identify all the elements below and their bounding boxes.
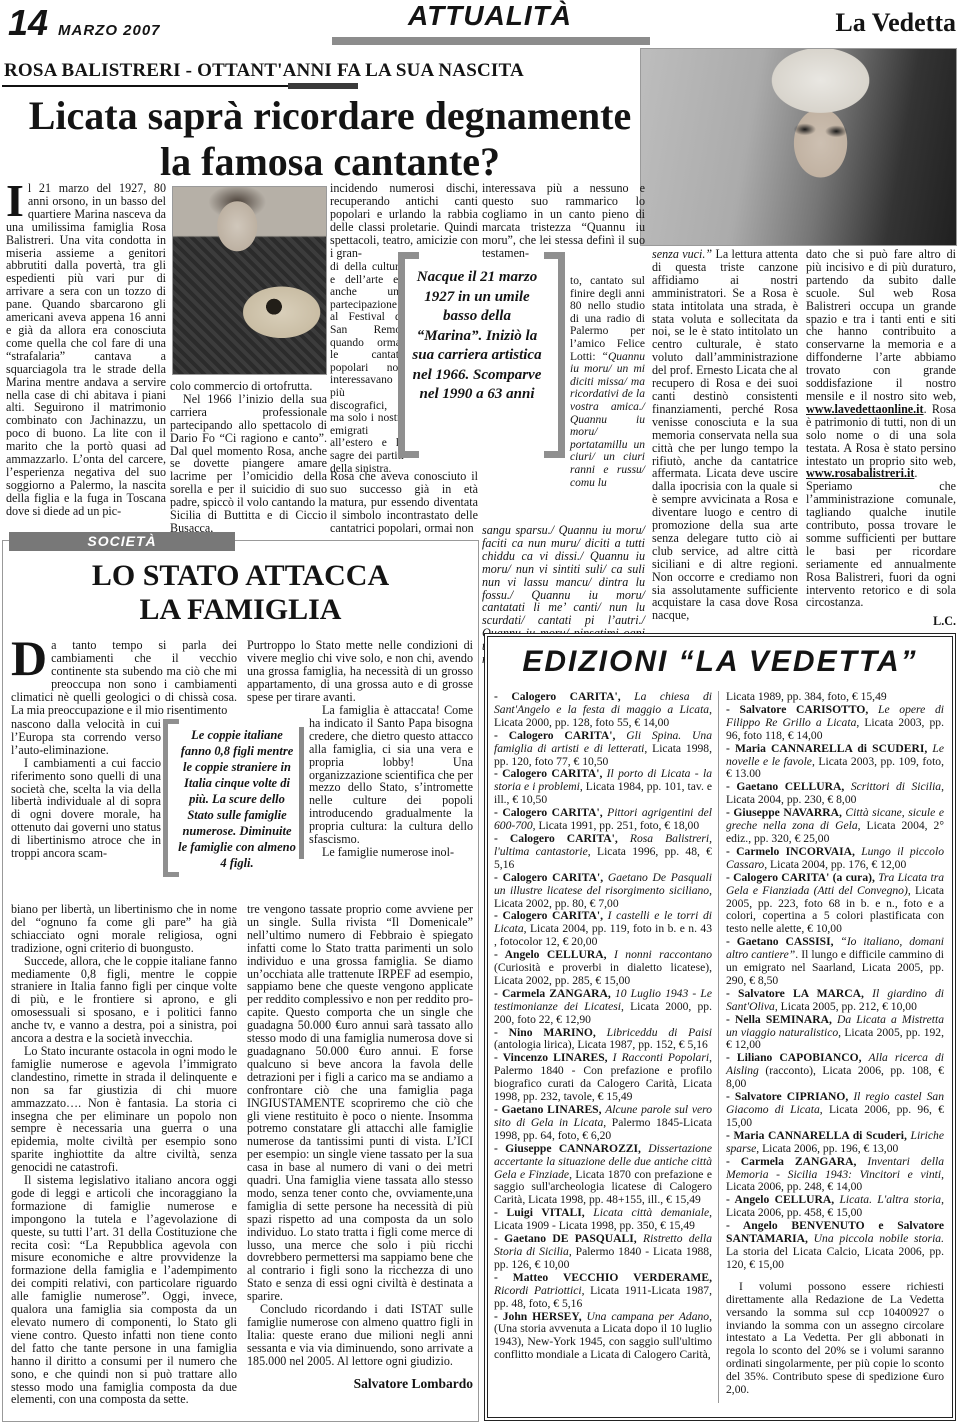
edizioni-book-list-left: - Calogero CARITA', La chiesa di Sant'An… [494, 691, 712, 1362]
section-underline-bar [332, 37, 650, 45]
book-entry: - Calogero CARITA', Gaetano De Pasquali … [494, 872, 712, 911]
book-entry: - Giuseppe CANNAROZZI, Dissertazione acc… [494, 1143, 712, 1208]
book-entry: - Nino MARINO, Libriceddu di Paisi (anto… [494, 1027, 712, 1053]
pullquote-bracket-right [544, 252, 565, 458]
rosa-col6-t3: . Speriamo che l’amministrazione comunal… [806, 466, 956, 609]
book-entry: - John HERSEY, Una campana per Adano, (U… [494, 1311, 712, 1363]
rosa-column-1: Il 21 marzo del 1927, 80 anni orsono, in… [6, 182, 166, 518]
edizioni-book-list-right: - Salvatore CARISOTTO, Le opere di Filip… [726, 704, 944, 1272]
masthead-date: MARZO 2007 [58, 22, 161, 39]
photo-rosa-guitar [172, 186, 327, 375]
societa-b2-p2: Le famiglie numerose inol- [309, 846, 473, 859]
book-entry: - Calogero CARITA', La chiesa di Sant'An… [494, 691, 712, 730]
societa-colA-3: biano per libertà, un libertinismo che i… [11, 903, 237, 1406]
page-number: 14 [8, 2, 48, 44]
rosa-col5-text: La lettura attenta di questa triste canz… [652, 247, 798, 622]
article-headline-line2: la famosa cantante? [0, 138, 660, 185]
rosa-col4b-intro: to, cantato sul finire degli anni 80 nel… [570, 275, 645, 363]
kicker-underline-thick [288, 83, 358, 89]
book-entry: - Gaetano CASSISI, “Io italiano, domani … [726, 936, 944, 988]
book-entry: - Luigi VITALI, Licata città demaniale, … [494, 1207, 712, 1233]
edizioni-right-column: Licata 1989, pp. 384, foto, € 15,49 - Sa… [726, 691, 944, 1397]
societa-headline-line1: LO STATO ATTACCA [3, 559, 478, 593]
societa-a3-p3: Lo Stato incurante ostacola in ogni modo… [11, 1045, 237, 1174]
rosa-byline: L.C. [806, 615, 956, 628]
edizioni-order-info: I volumi possono essere richiesti dirett… [726, 1281, 944, 1397]
societa-section-bar: SOCIETÀ [9, 532, 235, 551]
article-headline-line1: Licata saprà ricordare degnamente [0, 92, 660, 139]
pullquote-societa: Le coppie italiane fanno 0,8 figli mentr… [177, 727, 297, 871]
societa-a3-p2: Succede, allora, che le coppie italiane … [11, 955, 237, 1045]
link-lavedettaonline[interactable]: www.lavedettaonline.it [806, 402, 924, 416]
rosa-col6-t1: dato che si può fare altro di più incisi… [806, 247, 956, 403]
rosa-column-4b: to, cantato sul finire degli anni 80 nel… [570, 275, 645, 489]
book-entry: - Giuseppe NAVARRA, Città sicane, sicule… [726, 807, 944, 846]
societa-colB-2: La famiglia è attaccata! Come ha indicat… [309, 704, 473, 859]
book-entry: - Calogero CARITA', Gli Spina. Una famig… [494, 730, 712, 769]
pullquote2-bar-right [299, 727, 304, 859]
societa-colA-1: Da tanto tempo si parla dei cambiamenti … [11, 639, 237, 716]
book-entry: - Gaetano CELLURA, Scrittori di Sicilia,… [726, 781, 944, 807]
societa-a3-p1: biano per libertà, un libertinismo che i… [11, 903, 237, 955]
book-entry: - Carmela ZANGARA, Inventari della Memor… [726, 1156, 944, 1195]
edizioni-title: EDIZIONI “LA VEDETTA” [488, 645, 952, 679]
book-entry: - Angelo CELLURA, I nonni raccontano (Cu… [494, 949, 712, 988]
rosa-column-5: senza vuci.” La lettura attenta di quest… [652, 248, 798, 622]
societa-b2-p1: La famiglia è attaccata! Come ha indicat… [309, 704, 473, 846]
rosa-col5-lead: senza vuci.” [652, 247, 712, 261]
link-rosabalistreri[interactable]: www.rosabalistreri.it [806, 466, 914, 480]
societa-a2-p1: nascono dalla velocità in cui l’Europa s… [11, 718, 161, 757]
book-entry: - Angelo BENVENUTO e Salvatore SANTAMARI… [726, 1220, 944, 1272]
book-entry: - Calogero CARITA', Rosa Balistreri, l'u… [494, 833, 712, 872]
book-entry: - Matteo VECCHIO VERDERAME, Ricordi Patr… [494, 1272, 712, 1311]
societa-headline-line2: LA FAMIGLIA [3, 593, 478, 627]
book-entry: - Nella SEMINARA, Da Licata a Mistretta … [726, 1014, 944, 1053]
book-entry: - Calogero CARITA', Pittori agrigentini … [494, 807, 712, 833]
newspaper-page: 14 MARZO 2007 ATTUALITÀ La Vedetta ROSA … [0, 0, 960, 1428]
rosa-column-3b: di della cultura e dell’arte ed anche un… [330, 261, 404, 475]
section-title: ATTUALITÀ [330, 0, 650, 32]
dropcap-I: I [6, 182, 28, 219]
rosa-column-6: dato che si può fare altro di più incisi… [806, 248, 956, 628]
book-entry: - Maria CANNARELLA di Scuderi, Liriche s… [726, 1130, 944, 1156]
rosa-col2-p1: colo commercio di ortofrutta. [170, 380, 327, 393]
book-entry: - Gaetano LINARES, Alcune parole sul ver… [494, 1104, 712, 1143]
rosa-col4b-verse: “Quannu iu moru/ un mi diciti missa/ ma … [570, 351, 645, 489]
book-entry: - Carmelo INCORVAIA, Lungo il piccolo Ca… [726, 846, 944, 872]
dropcap-D: D [11, 639, 51, 678]
book-entry: - Maria CANNARELLA di SCUDERI, Le novell… [726, 743, 944, 782]
rosa-column-3c: Rosa che aveva conosciuto il suo success… [330, 470, 478, 535]
book-entry: - Calogero CARITA', Il porto di Licata -… [494, 768, 712, 807]
societa-a2-p2: I cambiamenti a cui faccio riferimento s… [11, 757, 161, 860]
book-entry: - Calogero CARITA', I castelli e le torr… [494, 910, 712, 949]
book-entry: - Calogero CARITA' (a cura), Tra Licata … [726, 872, 944, 937]
book-entry: - Salvatore CIPRIANO, Il regio castel Sa… [726, 1091, 944, 1130]
book-entry: - Carmela ZANGARA, 10 Luglio 1943 - Le t… [494, 988, 712, 1027]
societa-colA-2: nascono dalla velocità in cui l’Europa s… [11, 718, 161, 860]
rosa-column-4a: interessava più a nessuno e questo suo r… [482, 182, 645, 259]
book-entry: - Angelo CELLURA, Licata. L'altra storia… [726, 1194, 944, 1220]
societa-b3-p1: tre vengono tassate proprio come avviene… [247, 903, 473, 1303]
rosa-col2-p2: Nel 1966 l’inizio della sua carriera pro… [170, 393, 327, 535]
article-kicker: ROSA BALISTRERI - OTTANT'ANNI FA LA SUA … [4, 60, 524, 82]
societa-a3-p4: Il sistema legislativo italiano ancora o… [11, 1174, 237, 1406]
paper-name: La Vedetta [756, 8, 956, 38]
edizioni-box: EDIZIONI “LA VEDETTA” - Calogero CARITA'… [484, 633, 956, 1421]
societa-section-label: SOCIETÀ [87, 533, 156, 549]
book-entry: - Vincenzo LINARES, I Racconti Popolari,… [494, 1052, 712, 1104]
photo-rosa-portrait-hat [640, 48, 957, 246]
rosa-column-3a: incidendo numerosi dischi, recuperando a… [330, 182, 478, 259]
book-entry: - Liliano CAPOBIANCO, Alla ricerca di Ai… [726, 1052, 944, 1091]
book-entry: - Gaetano DE PASQUALI, Ristretto della S… [494, 1233, 712, 1272]
edizioni-column-divider [718, 691, 719, 1403]
book-entry: - Salvatore LA MARCA, Il giardino di San… [726, 988, 944, 1014]
societa-colB-3: tre vengono tassate proprio come avviene… [247, 903, 473, 1391]
societa-byline: Salvatore Lombardo [247, 1378, 473, 1391]
book-entry: - Salvatore CARISOTTO, Le opere di Filip… [726, 704, 944, 743]
societa-colB-1: Purtroppo lo Stato mette nelle condizion… [247, 639, 473, 704]
societa-article-box: SOCIETÀ LO STATO ATTACCA LA FAMIGLIA Da … [2, 540, 479, 1422]
rosa-col1-text: l 21 marzo del 1927, 80 anni orsono, in … [6, 181, 166, 518]
pullquote-rosa: Nacque il 21 marzo 1927 in un umile bass… [412, 268, 542, 405]
rosa-column-2: colo commercio di ortofrutta. Nel 1966 l… [170, 380, 327, 535]
societa-b3-p2: Concludo ricordando i dati ISTAT sulle f… [247, 1303, 473, 1368]
